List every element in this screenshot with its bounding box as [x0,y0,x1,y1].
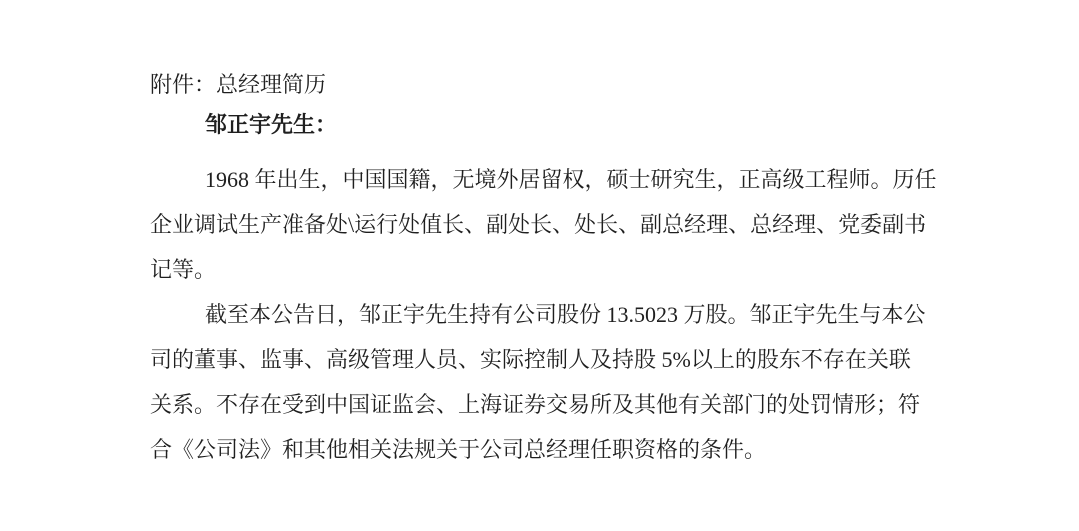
attachment-heading: 附件：总经理简历 [150,62,919,107]
text-line: 关系。不存在受到中国证监会、上海证券交易所及其他有关部门的处罚情形；符 [150,382,919,427]
text-line: 截至本公告日，邹正宇先生持有公司股份 13.5023 万股。邹正宇先生与本公 [150,292,919,337]
text-line: 企业调试生产准备处\运行处值长、副处长、处长、副总经理、总经理、党委副书 [150,202,919,247]
text-line: 司的董事、监事、高级管理人员、实际控制人及持股 5%以上的股东不存在关联 [150,337,919,382]
page-background: { "page": { "background_color": "#ffffff… [0,0,1079,531]
paragraph: 1968 年出生，中国国籍，无境外居留权，硕士研究生，正高级工程师。历任企业调试… [150,157,919,292]
document-page: 附件：总经理简历 邹正宇先生： 1968 年出生，中国国籍，无境外居留权，硕士研… [0,0,1079,531]
text-line: 1968 年出生，中国国籍，无境外居留权，硕士研究生，正高级工程师。历任 [150,157,919,202]
paragraph: 截至本公告日，邹正宇先生持有公司股份 13.5023 万股。邹正宇先生与本公司的… [150,292,919,472]
paragraphs-container: 1968 年出生，中国国籍，无境外居留权，硕士研究生，正高级工程师。历任企业调试… [150,157,919,472]
person-name-heading: 邹正宇先生： [150,102,919,147]
text-line: 记等。 [150,247,919,292]
text-line: 合《公司法》和其他相关法规关于公司总经理任职资格的条件。 [150,427,919,472]
